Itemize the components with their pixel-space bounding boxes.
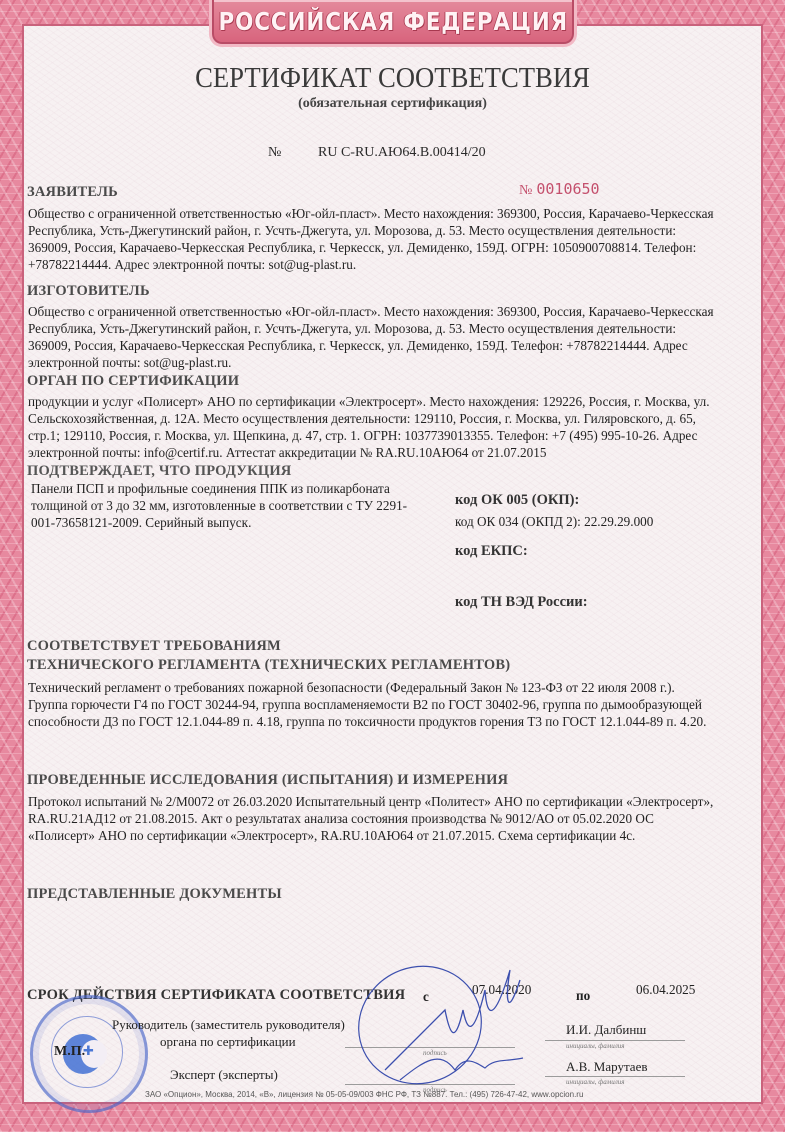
text-line: Технический регламент о требованиях пожа… <box>28 679 763 696</box>
head-signature-caption: подпись <box>423 1049 447 1057</box>
text-line: RA.RU.21АД12 от 21.08.2015. Акт о резуль… <box>28 810 763 827</box>
text-line: Сельскохозяйственная, д. 12А. Место осущ… <box>28 410 763 427</box>
text-line: электронной почты: info@certif.ru. Аттес… <box>28 444 763 461</box>
expert-name: А.В. Марутаев <box>566 1058 648 1075</box>
head-name-caption: инициалы, фамилия <box>566 1042 625 1050</box>
seal-cross-icon: ✚ <box>83 1044 94 1059</box>
text-line: продукции и услуг «Полисерт» АНО по серт… <box>28 393 763 410</box>
tnved-code-label: код ТН ВЭД России: <box>455 594 588 611</box>
text-line: электронной почты: sot@ug-plast.ru. <box>28 354 763 371</box>
text-line: +78782214444. Адрес электронной почты: s… <box>28 256 763 273</box>
text-line: Общество с ограниченной ответственностью… <box>28 303 763 320</box>
applicant-heading: ЗАЯВИТЕЛЬ <box>27 184 118 201</box>
expert-signature-line <box>345 1084 515 1085</box>
cert-number: RU C-RU.АЮ64.В.00414/20 <box>318 145 486 161</box>
okpd2-code: код ОК 034 (ОКПД 2): 22.29.29.000 <box>455 513 653 530</box>
certificate-sheet <box>22 24 763 1104</box>
certification-seal: ✚ <box>30 995 148 1113</box>
tests-heading: ПРОВЕДЕННЫЕ ИССЛЕДОВАНИЯ (ИСПЫТАНИЯ) И И… <box>27 772 508 789</box>
seal-label: М.П. <box>54 1043 85 1060</box>
validity-from-date: 07.04.2020 <box>472 981 531 998</box>
product-heading: ПОДТВЕРЖДАЕТ, ЧТО ПРОДУКЦИЯ <box>27 463 291 480</box>
document-title: СЕРТИФИКАТ СООТВЕТСТВИЯ <box>31 62 753 95</box>
head-label-1: Руководитель (заместитель руководителя) <box>112 1016 345 1033</box>
applicant-text: Общество с ограниченной ответственностью… <box>28 205 763 273</box>
ekps-code-label: код ЕКПС: <box>455 543 528 560</box>
validity-from-label: с <box>423 988 429 1005</box>
text-line: «Полисерт» АНО по сертификации «Электрос… <box>28 827 763 844</box>
text-line: Группа горючести Г4 по ГОСТ 30244-94, гр… <box>28 696 763 713</box>
text-line: 369009, Россия, Карачаево-Черкесская Рес… <box>28 337 763 354</box>
manufacturer-heading: ИЗГОТОВИТЕЛЬ <box>27 283 150 300</box>
tests-text: Протокол испытаний № 2/М0072 от 26.03.20… <box>28 793 763 844</box>
text-line: стр.1; 129110, Россия, г. Москва, ул. Ще… <box>28 427 763 444</box>
product-text: Панели ПСП и профильные соединения ППК и… <box>31 480 441 531</box>
okp-code-label: код ОК 005 (ОКП): <box>455 492 579 509</box>
text-line: способности Д3 по ГОСТ 12.1.044-89 п. 4.… <box>28 713 763 730</box>
certification-body-heading: ОРГАН ПО СЕРТИФИКАЦИИ <box>27 373 239 390</box>
text-line: 369009, Россия, Карачаево-Черкесская Рес… <box>28 239 763 256</box>
head-signature-line <box>345 1047 515 1048</box>
requirements-text: Технический регламент о требованиях пожа… <box>28 679 763 730</box>
text-line: толщиной от 3 до 32 мм, изготовленные в … <box>31 497 441 514</box>
document-subtitle: (обязательная сертификация) <box>0 96 785 112</box>
validity-to-label: по <box>576 987 590 1004</box>
expert-label: Эксперт (эксперты) <box>170 1066 278 1083</box>
text-line: Общество с ограниченной ответственностью… <box>28 205 763 222</box>
head-name: И.И. Далбинш <box>566 1021 646 1038</box>
head-name-line <box>545 1040 685 1041</box>
expert-name-line <box>545 1076 685 1077</box>
serial-number-label: № <box>519 183 532 198</box>
requirements-heading-2: ТЕХНИЧЕСКОГО РЕГЛАМЕНТА (ТЕХНИЧЕСКИХ РЕГ… <box>27 657 510 674</box>
country-banner: РОССИЙСКАЯ ФЕДЕРАЦИЯ <box>212 0 574 44</box>
text-line: 001-73658121-2009. Серийный выпуск. <box>31 514 441 531</box>
serial-number-value: 0010650 <box>536 180 599 198</box>
validity-to-date: 06.04.2025 <box>636 981 695 998</box>
cert-number-label: № <box>268 145 281 161</box>
banner-text: РОССИЙСКАЯ ФЕДЕРАЦИЯ <box>218 7 568 36</box>
certification-body-text: продукции и услуг «Полисерт» АНО по серт… <box>28 393 763 461</box>
serial-number: №0010650 <box>519 180 600 199</box>
text-line: Протокол испытаний № 2/М0072 от 26.03.20… <box>28 793 763 810</box>
text-line: Республика, Усть-Джегутинский район, г. … <box>28 320 763 337</box>
requirements-heading-1: СООТВЕТСТВУЕТ ТРЕБОВАНИЯМ <box>27 638 281 655</box>
head-label-2: органа по сертификации <box>160 1033 296 1050</box>
text-line: Панели ПСП и профильные соединения ППК и… <box>31 480 441 497</box>
text-line: Республика, Усть-Джегутинский район, г. … <box>28 222 763 239</box>
documents-heading: ПРЕДСТАВЛЕННЫЕ ДОКУМЕНТЫ <box>27 886 282 903</box>
expert-name-caption: инициалы, фамилия <box>566 1078 625 1086</box>
manufacturer-text: Общество с ограниченной ответственностью… <box>28 303 763 371</box>
printer-imprint: ЗАО «Опцион», Москва, 2014, «В», лицензи… <box>145 1090 583 1099</box>
